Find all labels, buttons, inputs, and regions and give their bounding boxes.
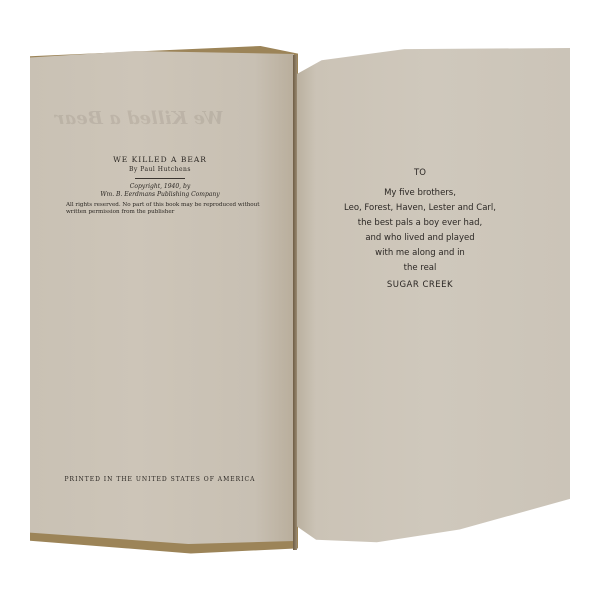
dedication-line: Leo, Forest, Haven, Lester and Carl, [330, 201, 510, 216]
right-page [294, 45, 570, 555]
book-title: WE KILLED A BEAR [60, 155, 260, 164]
divider [135, 178, 185, 179]
dedication-to: TO [330, 168, 510, 178]
dedication-closing: SUGAR CREEK [330, 280, 510, 290]
dedication-line: My five brothers, [330, 186, 510, 201]
copyright-block: WE KILLED A BEAR By Paul Hutchens Copyri… [60, 155, 260, 215]
copyright-line: Copyright, 1940, by [60, 183, 260, 191]
book-author: By Paul Hutchens [60, 166, 260, 173]
show-through-title: We Killed a Bear [55, 108, 265, 129]
dedication-block: TO My five brothers, Leo, Forest, Haven,… [330, 168, 510, 290]
dedication-line: the best pals a boy ever had, [330, 216, 510, 231]
dedication-line: and who lived and played [330, 231, 510, 246]
rights-notice: All rights reserved. No part of this boo… [60, 202, 260, 215]
printed-in-footer: PRINTED IN THE UNITED STATES OF AMERICA [60, 476, 260, 483]
open-book: We Killed a Bear WE KILLED A BEAR By Pau… [0, 0, 600, 600]
publisher-line: Wm. B. Eerdmans Publishing Company [60, 191, 260, 199]
book-gutter [293, 55, 297, 550]
dedication-line: with me along and in [330, 246, 510, 261]
dedication-line: the real [330, 261, 510, 276]
